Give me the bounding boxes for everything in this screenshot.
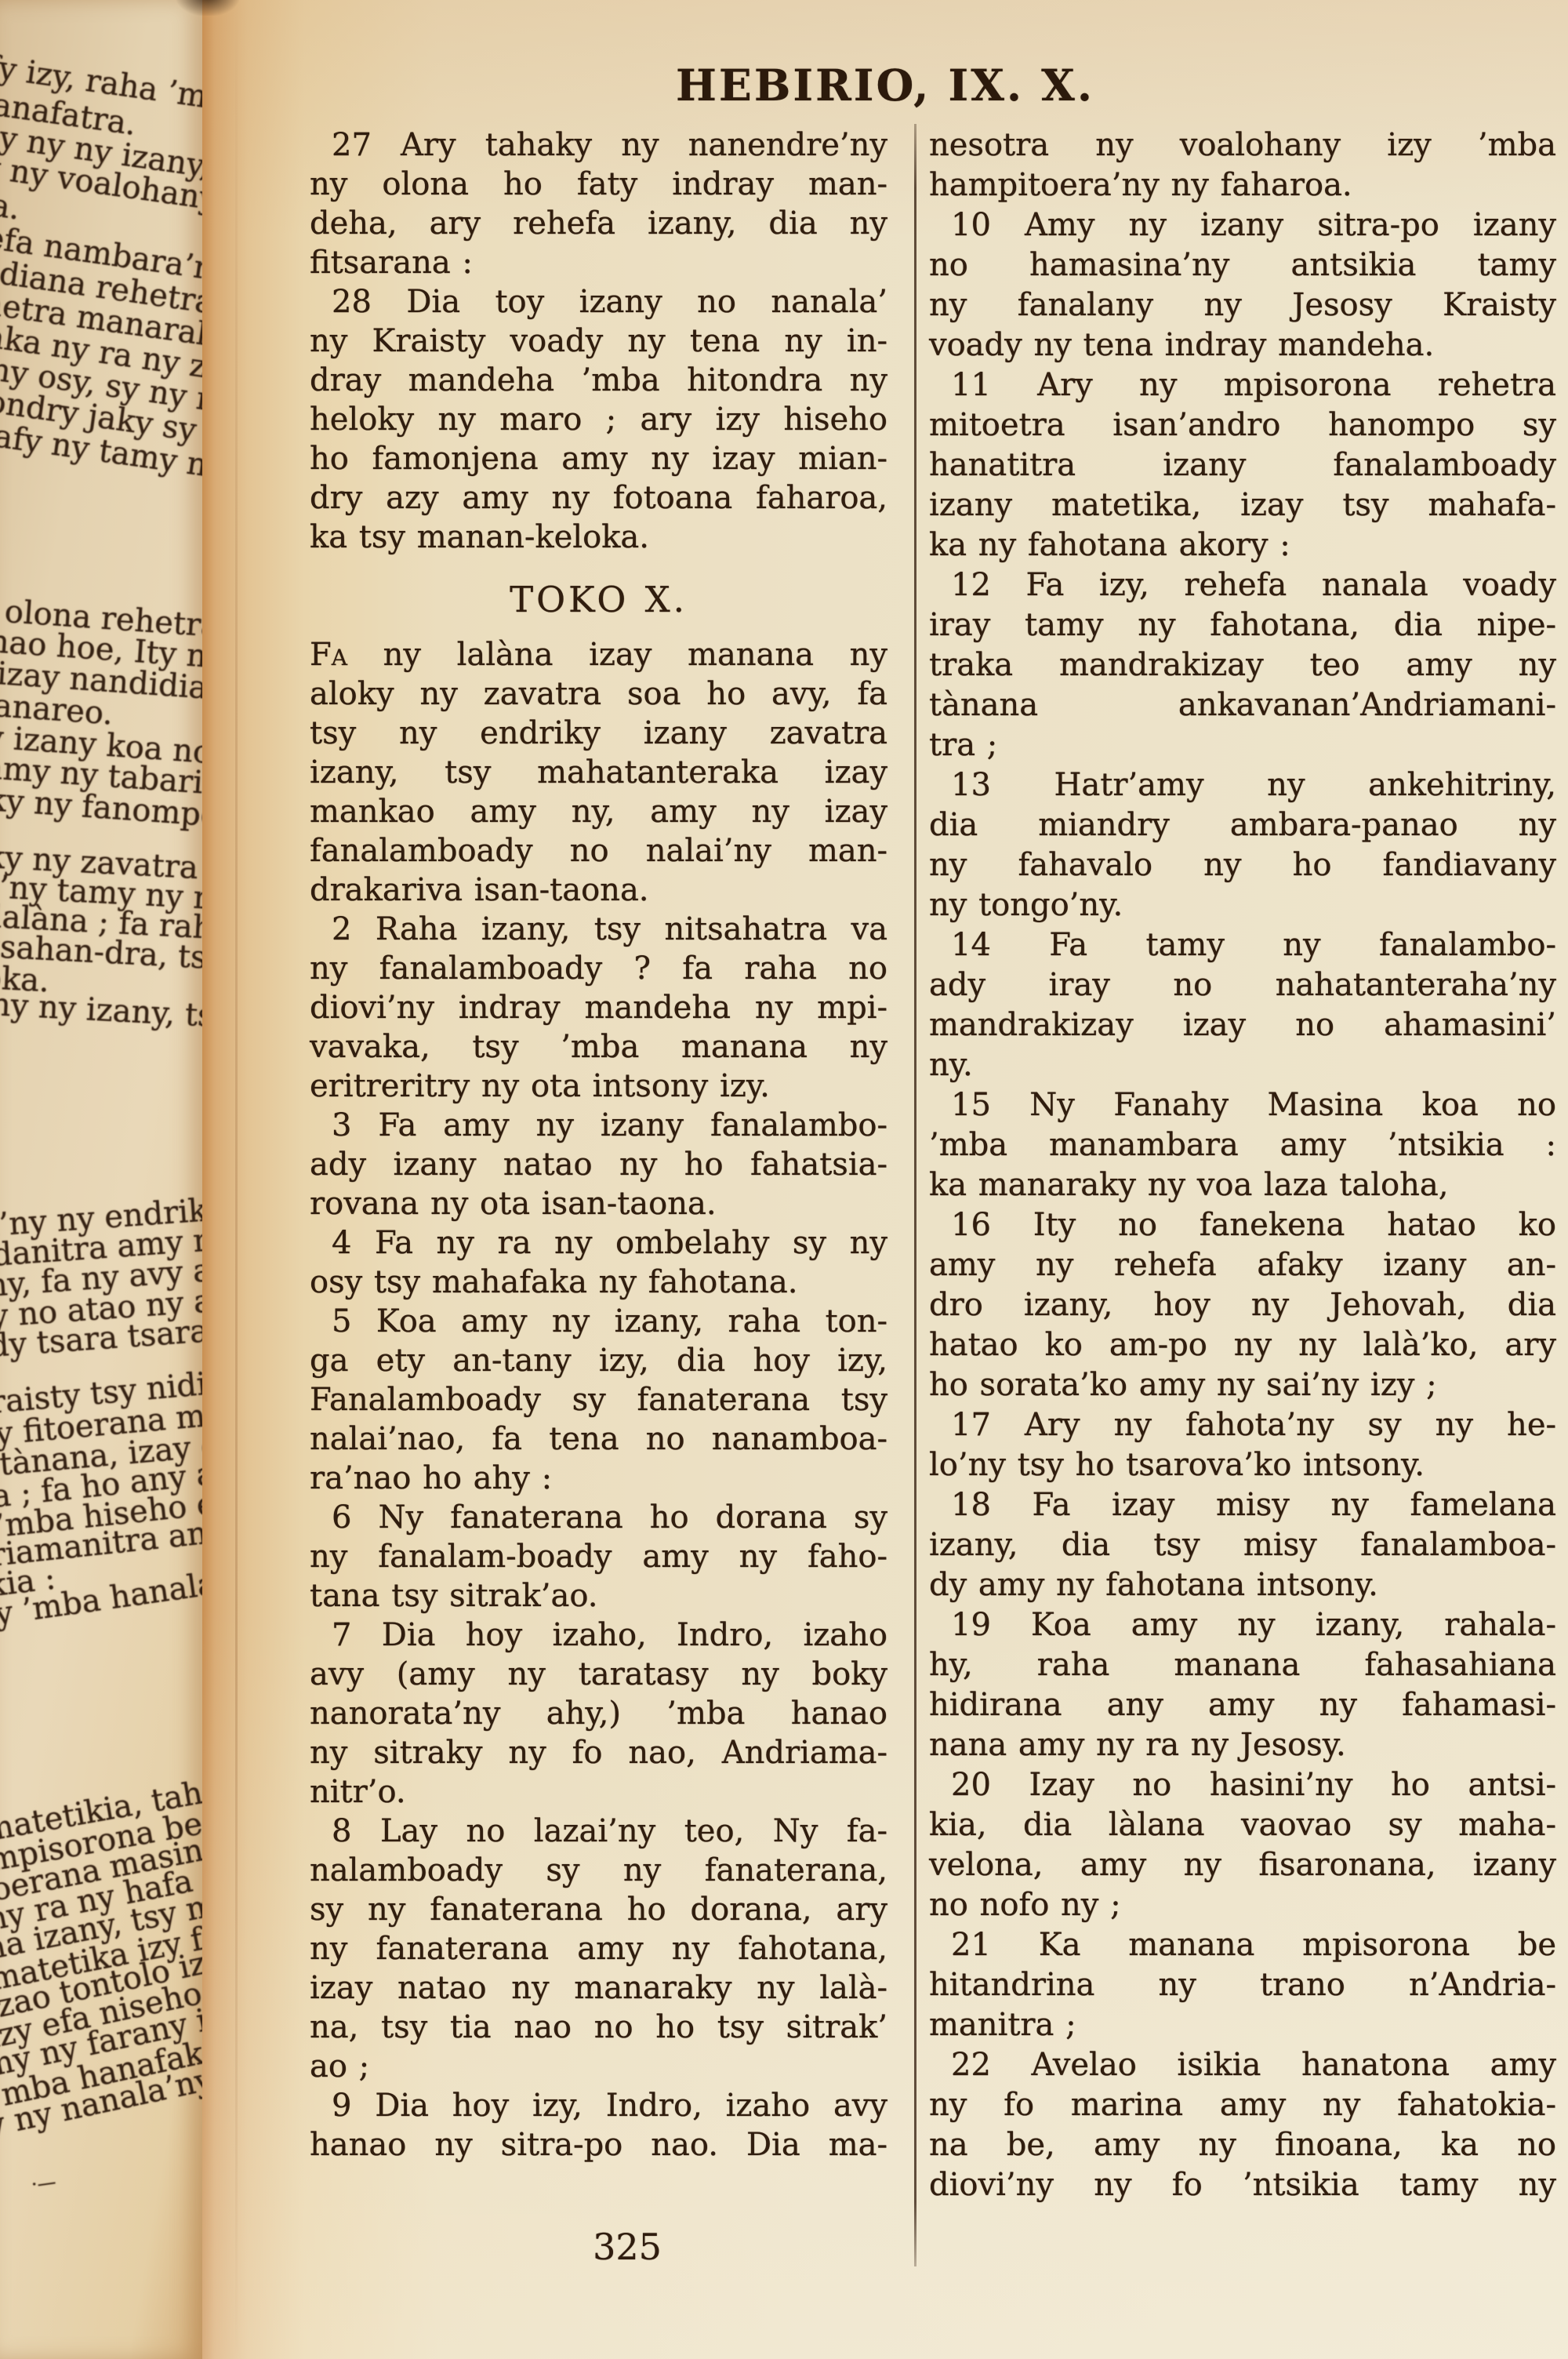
verse-line: 11 Ary ny mpisorona rehetra (929, 365, 1556, 405)
column-divider (914, 124, 916, 2266)
verse-line: hampitoera’ny ny faharoa. (929, 165, 1556, 205)
verse-line: dy amy ny fahotana intsony. (929, 1565, 1556, 1605)
verse-line: ga ety an-tany izy, dia hoy izy, (310, 1341, 887, 1380)
verse-line: dia miandry ambara-panao ny (929, 805, 1556, 845)
verse-line: manitra ; (929, 2005, 1556, 2045)
verse-line: 22 Avelao isikia hanatona amy (929, 2045, 1556, 2085)
verse-line: voady ny tena indray mandeha. (929, 325, 1556, 365)
verse-line: ny fahavalo ny ho fandiavany (929, 845, 1556, 885)
verse-line: fanalamboady no nalai’ny man- (310, 831, 887, 871)
verse-line: avy (amy ny taratasy ny boky (310, 1655, 887, 1694)
verse-line: nitr’o. (310, 1772, 887, 1812)
verse-line: rovana ny ota isan-taona. (310, 1184, 887, 1223)
verse-line: 2 Raha izany, tsy nitsahatra va (310, 910, 887, 949)
verse-line: dro izany, hoy ny Jehovah, dia (929, 1285, 1556, 1325)
verse-line: 14 Fa tamy ny fanalambo- (929, 925, 1556, 965)
verse-line: amy ny rehefa afaky izany an- (929, 1245, 1556, 1285)
verse-line: no hamasina’ny antsikia tamy (929, 245, 1556, 285)
verse-line: hanao ny sitra-po nao. Dia ma- (310, 2125, 887, 2165)
verse-line: mandrakizay izay no ahamasini’ (929, 1005, 1556, 1045)
verse-line: 7 Dia hoy izaho, Indro, izaho (310, 1616, 887, 1655)
verse-line: ka tsy manan-keloka. (310, 518, 887, 557)
text-column-right: nesotra ny voalohany izy ’mbahampitoera’… (929, 125, 1556, 2205)
verse-line: tànana ankavanan’Andriamani- (929, 685, 1556, 725)
running-head: HEBIRIO, IX. X. (202, 60, 1568, 111)
verse-line: mitoetra isan’andro hanompo sy (929, 405, 1556, 445)
gutter-crease (235, 0, 238, 2359)
verse-line: 28 Dia toy izany no nanala’ (310, 282, 887, 322)
verse-line: hitandrina ny trano n’Andria- (929, 1965, 1556, 2005)
verse-line: 16 Ity no fanekena hatao ko (929, 1205, 1556, 1245)
verse-line: Fanalamboady sy fanaterana tsy (310, 1380, 887, 1419)
verse-line: 8 Lay no lazai’ny teo, Ny fa- (310, 1812, 887, 1851)
scanned-book-photo: { "header": { "title": "HEBIRIO, IX. X."… (0, 0, 1568, 2359)
verse-line: ny fanaterana amy ny fahotana, (310, 1929, 887, 1968)
verse-line: 9 Dia hoy izy, Indro, izaho avy (310, 2086, 887, 2125)
verse-line: 21 Ka manana mpisorona be (929, 1925, 1556, 1965)
page-number: 325 (568, 2226, 686, 2268)
verse-line: 3 Fa amy ny izany fanalambo- (310, 1106, 887, 1145)
smallcaps-lead: Fa (310, 637, 347, 673)
verse-line: traka mandrakizay teo amy ny (929, 645, 1556, 685)
gutter-shadow (176, 0, 239, 16)
verse-line: ny fanalamboady ? fa raha no (310, 949, 887, 988)
verse-line: ka ny fahotana akory : (929, 525, 1556, 565)
verse-line: nesotra ny voalohany izy ’mba (929, 125, 1556, 165)
verse-line: ady izany natao ny ho fahatsia- (310, 1145, 887, 1184)
verse-line: velona, amy ny fisaronana, izany (929, 1845, 1556, 1885)
verse-line: nalai’nao, fa tena no nanamboa- (310, 1419, 887, 1459)
verse-line: diovi’ny ny fo ’ntsikia tamy ny (929, 2165, 1556, 2205)
verse-line: fitsarana : (310, 243, 887, 282)
verse-line: dry azy amy ny fotoana faharoa, (310, 478, 887, 518)
verse-line: hanatitra izany fanalamboady (929, 445, 1556, 485)
verse-line: izay natao ny manaraky ny lalà- (310, 1968, 887, 2008)
verse-line: nanorata’ny ahy,) ’mba hanao (310, 1694, 887, 1733)
verse-line: hy, raha manana fahasahiana (929, 1645, 1556, 1685)
verse-line: 19 Koa amy ny izany, rahala- (929, 1605, 1556, 1645)
verse-line: 15 Ny Fanahy Masina koa no (929, 1085, 1556, 1125)
verse-line: dray mandeha ’mba hitondra ny (310, 361, 887, 400)
text-column-left: 27 Ary tahaky ny nanendre’nyny olona ho … (310, 125, 887, 2165)
verse-line: ny Kraisty voady ny tena ny in- (310, 322, 887, 361)
verse-line: 17 Ary ny fahota’ny sy ny he- (929, 1405, 1556, 1445)
verse-line: 20 Izay no hasini’ny ho antsi- (929, 1765, 1556, 1805)
verse-line: osy tsy mahafaka ny fahotana. (310, 1263, 887, 1302)
verse-line: 6 Ny fanaterana ho dorana sy (310, 1498, 887, 1537)
verse-line: diovi’ny indray mandeha ny mpi- (310, 988, 887, 1027)
chapter-heading: TOKO X. (310, 580, 887, 620)
verse-line: izany, dia tsy misy fanalamboa- (929, 1525, 1556, 1565)
verse-line: izany, tsy mahatanteraka izay (310, 753, 887, 792)
verse-line: ra’nao ho ahy : (310, 1459, 887, 1498)
verse-line: ka manaraky ny voa laza taloha, (929, 1165, 1556, 1205)
verse-line: ny sitraky ny fo nao, Andriama- (310, 1733, 887, 1772)
verse-line: aloky ny zavatra soa ho avy, fa (310, 674, 887, 714)
verse-line: nana amy ny ra ny Jesosy. (929, 1725, 1556, 1765)
verse-line: Fa ny lalàna izay manana ny (310, 635, 887, 674)
facing-page-fragment: ny ny izany, tsy mba (0, 987, 204, 1039)
verse-line: vavaka, tsy ’mba manana ny (310, 1027, 887, 1067)
verse-line: 4 Fa ny ra ny ombelahy sy ny (310, 1223, 887, 1263)
verse-line: hatao ko am-po ny ny lalà’ko, ary (929, 1325, 1556, 1365)
verse-line: lo’ny tsy ho tsarova’ko intsony. (929, 1445, 1556, 1485)
verse-line: tana tsy sitrak’ao. (310, 1576, 887, 1616)
verse-line: 12 Fa izy, rehefa nanala voady (929, 565, 1556, 605)
verse-line: eritreritry ny ota intsony izy. (310, 1067, 887, 1106)
facing-page-fragment: ra. (0, 185, 22, 227)
verse-line: drakariva isan-taona. (310, 871, 887, 910)
verse-line: heloky ny maro ; ary izy hiseho (310, 400, 887, 439)
verse-line: no nofo ny ; (929, 1885, 1556, 1925)
verse-line: na be, amy ny finoana, ka no (929, 2125, 1556, 2165)
verse-line: ho sorata’ko amy ny sai’ny izy ; (929, 1365, 1556, 1405)
facing-page: fy izy, raha ’mbolapanafatra.ny ny ny iz… (0, 0, 204, 2359)
verse-line: ady iray no nahatanteraha’ny (929, 965, 1556, 1005)
book-photo: fy izy, raha ’mbolapanafatra.ny ny ny iz… (0, 0, 1568, 2359)
verse-line: ny olona ho faty indray man- (310, 165, 887, 204)
verse-line: kia, dia làlana vaovao sy maha- (929, 1805, 1556, 1845)
verse-line: deha, ary rehefa izany, dia ny (310, 204, 887, 243)
verse-line: nalamboady sy ny fanaterana, (310, 1851, 887, 1890)
verse-line: tra ; (929, 725, 1556, 765)
verse-line: 18 Fa izay misy ny famelana (929, 1485, 1556, 1525)
verse-line: iray tamy ny fahotana, dia nipe- (929, 605, 1556, 645)
verse-line: ny fo marina amy ny fahatokia- (929, 2085, 1556, 2125)
verse-line: ao ; (310, 2047, 887, 2086)
verse-line: ho famonjena amy ny izay mian- (310, 439, 887, 478)
verse-line: ny. (929, 1045, 1556, 1085)
main-page: HEBIRIO, IX. X. 27 Ary tahaky ny nanendr… (202, 0, 1568, 2359)
verse-line: hidirana any amy ny fahamasi- (929, 1685, 1556, 1725)
verse-line: ny fanalam-boady amy ny faho- (310, 1537, 887, 1576)
verse-line: ny fanalany ny Jesosy Kraisty (929, 285, 1556, 325)
verse-line: tsy ny endriky izany zavatra (310, 714, 887, 753)
verse-line: ’mba manambara amy ’ntsikia : (929, 1125, 1556, 1165)
verse-line: sy ny fanaterana ho dorana, ary (310, 1890, 887, 1929)
verse-line: ny tongo’ny. (929, 885, 1556, 925)
verse-line: izany matetika, izay tsy mahafa- (929, 485, 1556, 525)
verse-line: 27 Ary tahaky ny nanendre’ny (310, 125, 887, 165)
verse-line: 10 Amy ny izany sitra-po izany (929, 205, 1556, 245)
facing-page-fragment: ·— (30, 2171, 57, 2196)
verse-line: 13 Hatr’amy ny ankehitriny, (929, 765, 1556, 805)
verse-line: na, tsy tia nao no ho tsy sitrak’ (310, 2008, 887, 2047)
verse-line: mankao amy ny, amy ny izay (310, 792, 887, 831)
verse-line: 5 Koa amy ny izany, raha ton- (310, 1302, 887, 1341)
